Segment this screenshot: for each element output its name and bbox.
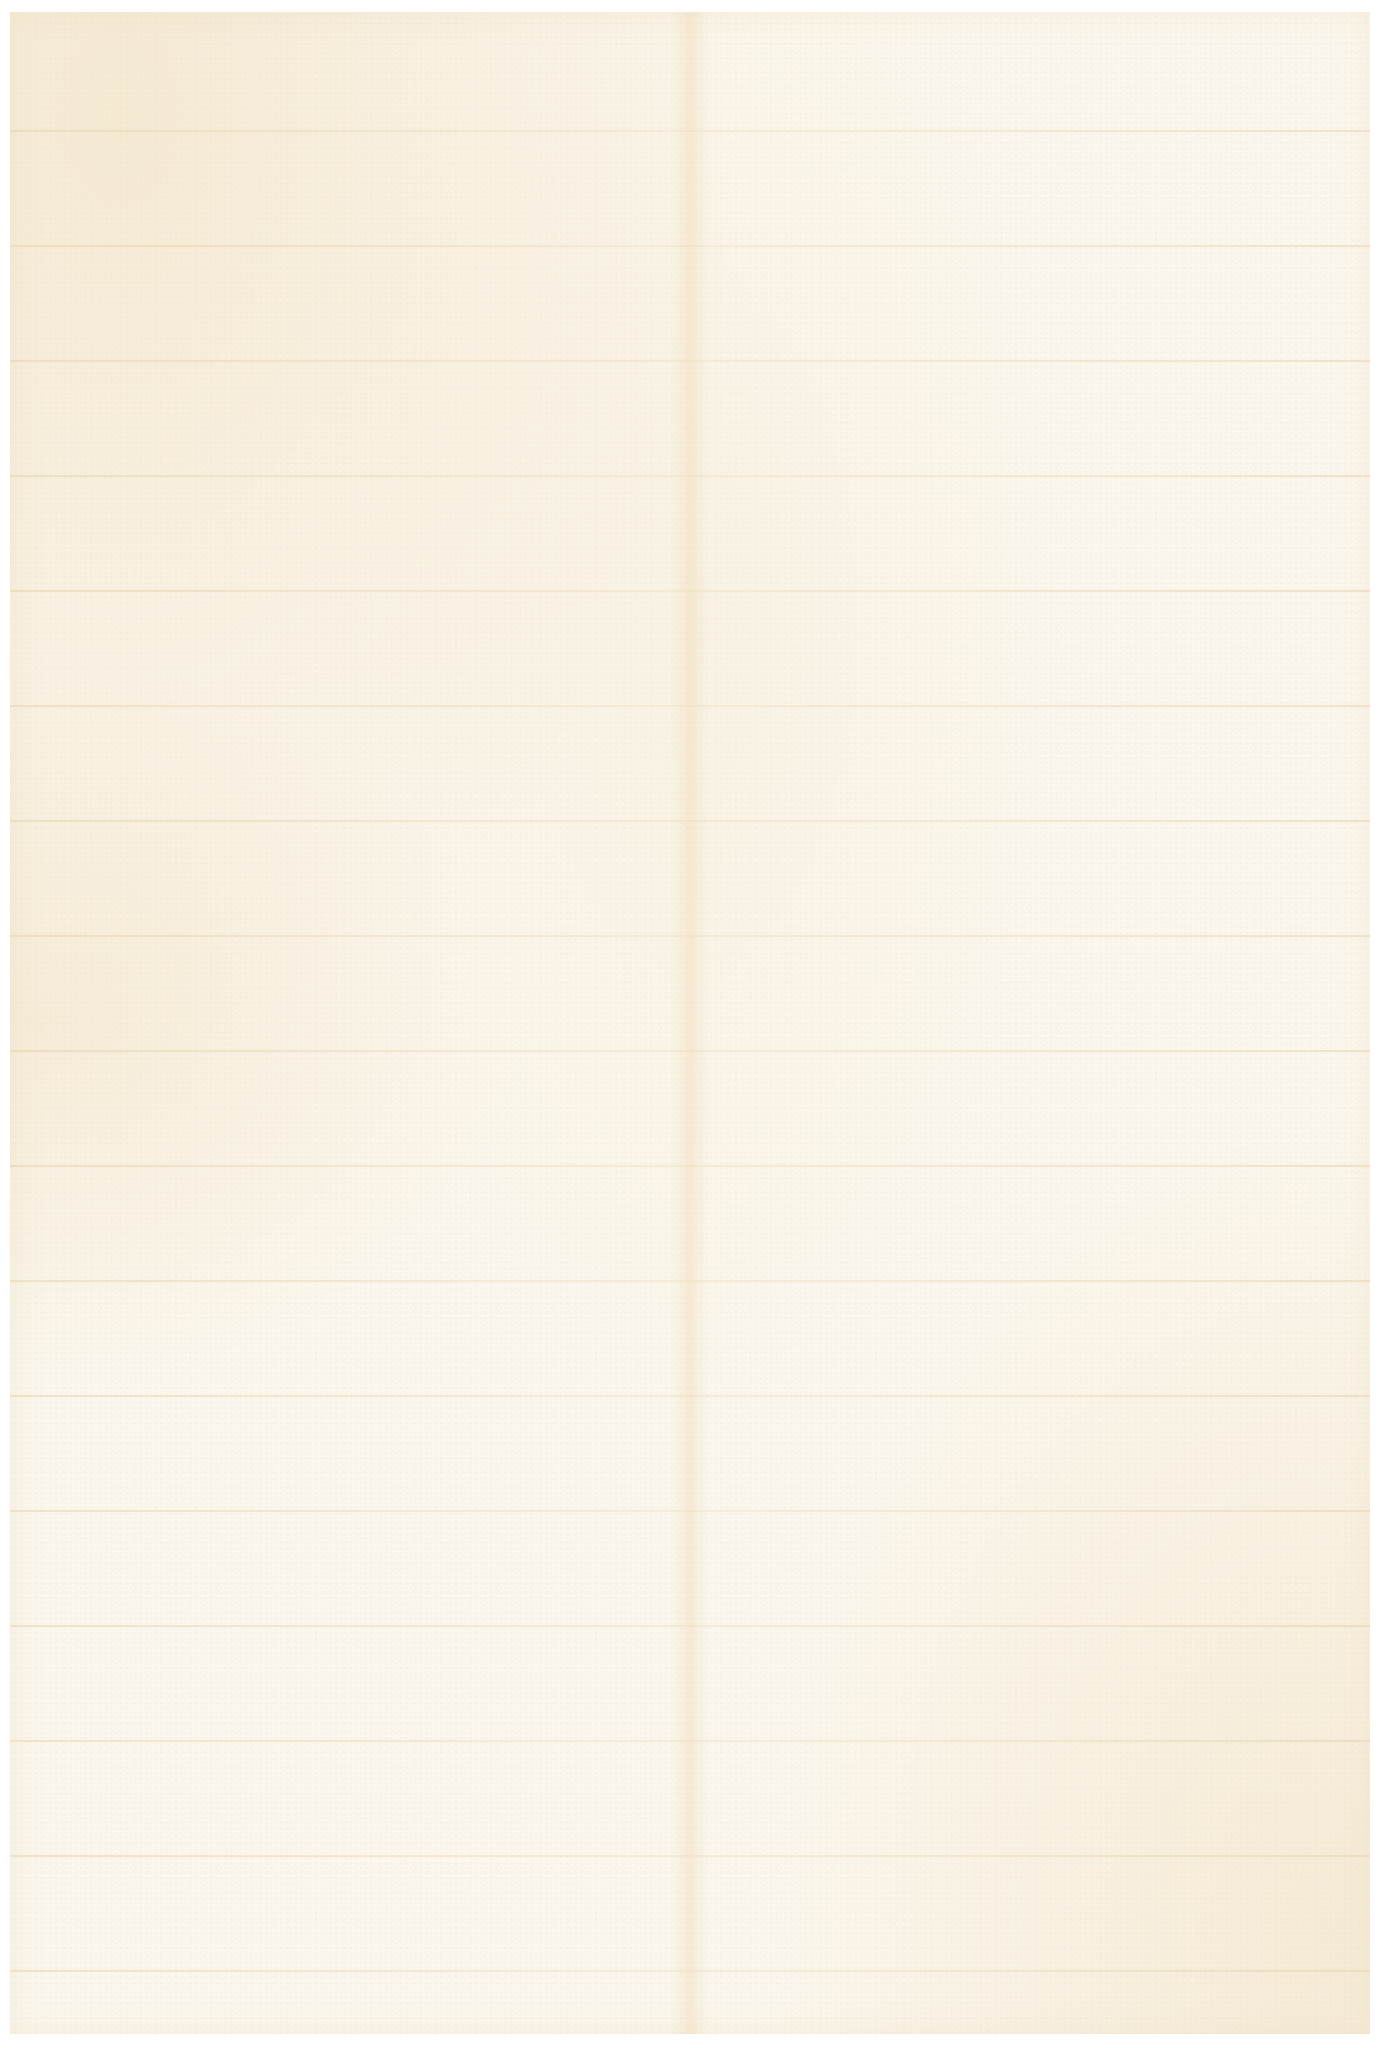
stripe-line	[10, 1395, 1370, 1397]
stripe-line	[10, 1740, 1370, 1742]
stripe-line	[10, 935, 1370, 937]
center-seam	[671, 12, 709, 2034]
stripe-line	[10, 1855, 1370, 1857]
stripe-line	[10, 590, 1370, 592]
stripe-line	[10, 360, 1370, 362]
stripe-line	[10, 245, 1370, 247]
stripe-line	[10, 1625, 1370, 1627]
stripe-line	[10, 1165, 1370, 1167]
stripe-line	[10, 820, 1370, 822]
stripe-line	[10, 130, 1370, 132]
stripe-line	[10, 1510, 1370, 1512]
stripe-line	[10, 1280, 1370, 1282]
stripe-line	[10, 705, 1370, 707]
stripe-line	[10, 475, 1370, 477]
stripe-line	[10, 1970, 1370, 1972]
stripe-line	[10, 1050, 1370, 1052]
rug	[10, 12, 1370, 2034]
